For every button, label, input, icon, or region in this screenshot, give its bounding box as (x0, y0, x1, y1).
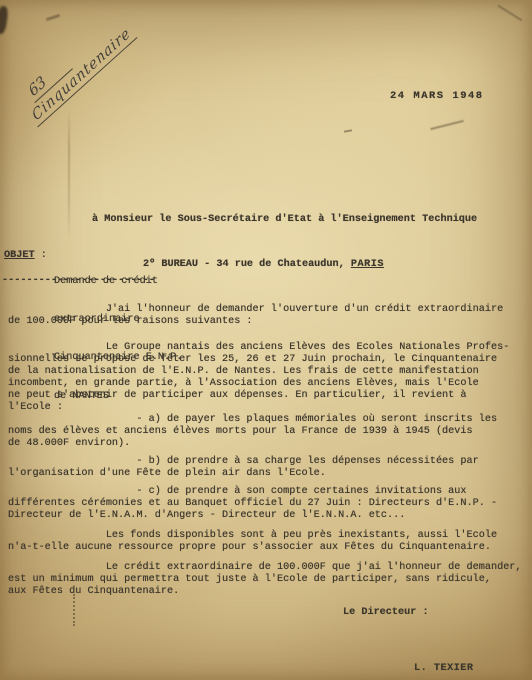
letter-page: 63 Cinquantenaire 24 MARS 1948 à Monsieu… (0, 0, 532, 680)
body-paragraph: - b) de prendre à sa charge les dépenses… (8, 456, 530, 480)
subject-underline-dashes: ------------------------- (2, 275, 155, 287)
handwritten-annotation: 63 Cinquantenaire (12, 0, 176, 126)
subject-label-text: OBJET (4, 250, 35, 261)
signature-name: L. TEXIER (414, 663, 474, 675)
recipient-city: PARIS (351, 259, 384, 270)
ink-mark (46, 14, 60, 21)
body-paragraph: Les fonds disponibles sont à peu près in… (8, 530, 530, 554)
body-paragraph: - c) de prendre à son compte certaines i… (8, 486, 530, 522)
body-paragraph: - a) de payer les plaques mémoriales où … (8, 414, 530, 450)
body-paragraph: J'ai l'honneur de demander l'ouverture d… (8, 304, 530, 328)
date-line: 24 MARS 1948 (390, 90, 484, 102)
body-paragraph: Le Groupe nantais des anciens Elèves des… (8, 342, 530, 414)
scratch-mark (498, 5, 523, 21)
paper-crease-dotted (73, 594, 75, 626)
ink-speck (344, 129, 352, 132)
subject-colon: : (35, 250, 47, 261)
corner-smudge-mark (0, 5, 9, 34)
letter-body: J'ai l'honneur de demander l'ouverture d… (8, 304, 530, 598)
scratch-mark (430, 120, 463, 130)
recipient-line1: à Monsieur le Sous-Secrétaire d'Etat à l… (0, 212, 532, 227)
closing-line: Le Directeur : (343, 607, 429, 619)
body-paragraph: Le crédit extraordinaire de 100.000F que… (8, 562, 530, 598)
